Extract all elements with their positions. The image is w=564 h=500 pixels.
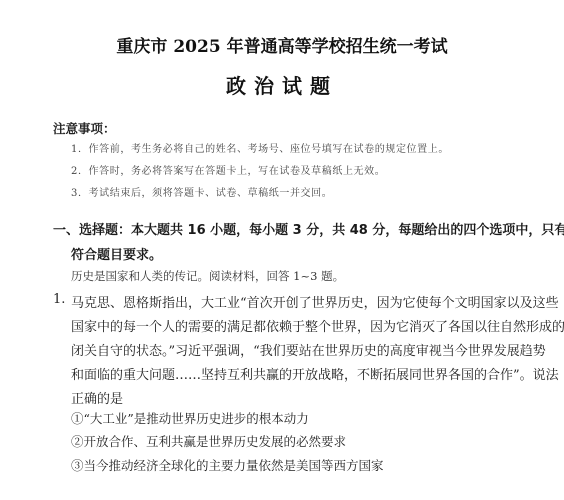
statement-3: ③当今推动经济全球化的主要力量依然是美国等西方国家 xyxy=(71,456,384,474)
exam-subject-title: 政治试题 xyxy=(0,70,564,99)
question-stem-line: 和面临的重大问题……坚持互利共赢的开放战略，不断拓展同世界各国的合作”。说法 xyxy=(71,364,559,383)
section-heading: 一、选择题：本大题共 16 小题，每小题 3 分，共 48 分，每题给出的四个选… xyxy=(53,219,564,238)
statement-2: ②开放合作、互利共赢是世界历史发展的必然要求 xyxy=(71,432,346,450)
question-stem-line: 马克思、恩格斯指出，大工业“首次开创了世界历史，因为它使每个文明国家以及这些 xyxy=(71,292,559,311)
question-number: 1. xyxy=(53,292,65,307)
section-heading-continued: 符合题目要求。 xyxy=(71,244,162,263)
notice-item: 3．考试结束后，须将答题卡、试卷、草稿纸一并交回。 xyxy=(71,184,332,199)
question-stem-line: 正确的是 xyxy=(71,388,123,407)
question-stem-line: 国家中的每一个人的需要的满足都依赖于整个世界，因为它消灭了各国以往自然形成的 xyxy=(71,316,564,335)
notice-item: 2．作答时，务必将答案写在答题卡上，写在试卷及草稿纸上无效。 xyxy=(71,162,385,177)
question-stem-line: 闭关自守的状态。”习近平强调，“我们要站在世界历史的高度审视当今世界发展趋势 xyxy=(71,340,546,359)
statement-1: ①“大工业”是推动世界历史进步的根本动力 xyxy=(71,409,309,427)
exam-title: 重庆市 2025 年普通高等学校招生统一考试 xyxy=(0,32,564,57)
section-intro: 历史是国家和人类的传记。阅读材料，回答 1~3 题。 xyxy=(71,268,344,284)
notice-item: 1．作答前，考生务必将自己的姓名、考场号、座位号填写在试卷的规定位置上。 xyxy=(71,140,449,155)
notice-heading: 注意事项： xyxy=(53,119,116,137)
